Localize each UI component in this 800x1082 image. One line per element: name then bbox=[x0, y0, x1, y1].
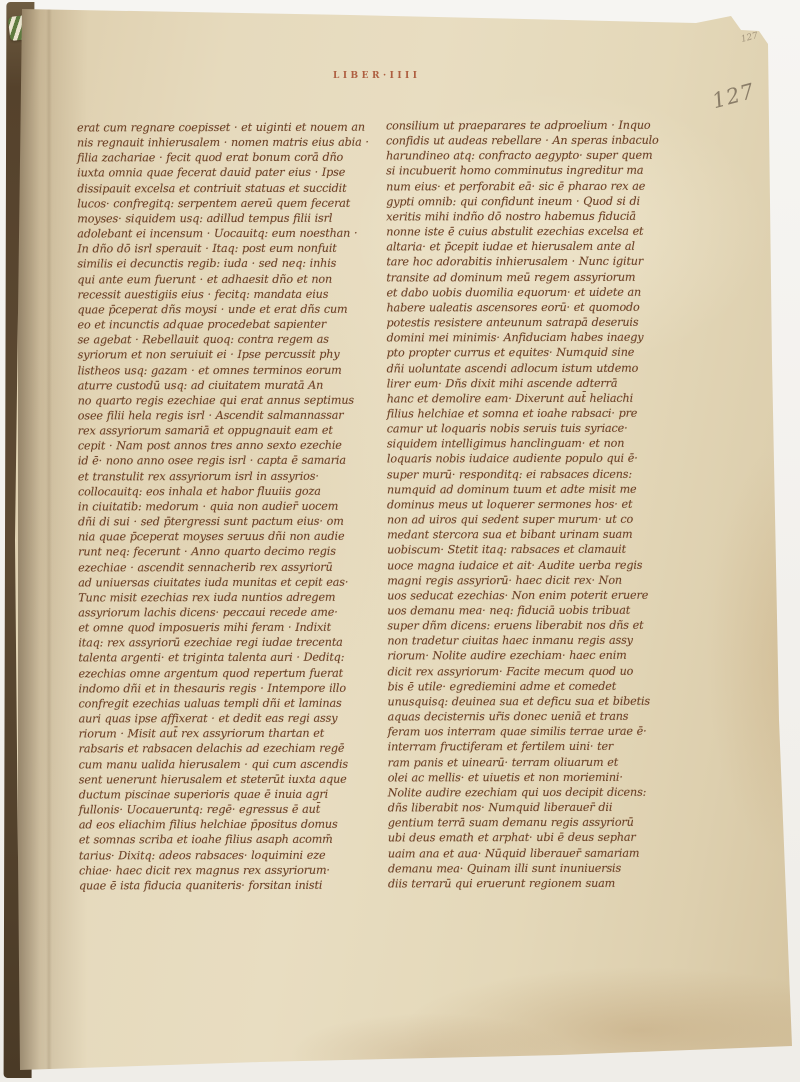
text-line: harundineo atq: confracto aegypto· super… bbox=[386, 148, 690, 164]
text-line: transite ad dominum meū regem assyriorum bbox=[386, 269, 690, 285]
running-title: LIBER·IIII bbox=[333, 71, 420, 81]
text-line: ezechias omne argentum quod repertum fue… bbox=[78, 665, 382, 681]
text-line: tare hoc adorabitis inhierusalem · Nunc … bbox=[386, 254, 690, 270]
text-line: ad uniuersas ciuitates iuda munitas et c… bbox=[78, 574, 382, 590]
text-line: non tradetur ciuitas haec inmanu regis a… bbox=[387, 633, 691, 649]
text-line: Tunc misit ezechias rex iuda nuntios adr… bbox=[78, 589, 382, 605]
text-line: diis terrarū qui eruerunt regionem suam bbox=[388, 875, 692, 891]
text-line: non ad uiros qui sedent super murum· ut … bbox=[387, 512, 691, 528]
text-line: quae p̄ceperat dñs moysi · unde et erat … bbox=[77, 301, 381, 317]
text-line: in ciuitatib: medorum · quia non audier̄… bbox=[78, 499, 382, 515]
text-line: In dño dō isrl sperauit · Itaq: post eum… bbox=[77, 241, 381, 257]
text-line: itaq: rex assyriorū ezechiae regi iudae … bbox=[78, 635, 382, 651]
text-line: erat cum regnare coepisset · et uiginti … bbox=[77, 120, 381, 136]
text-line: filius helchiae et somna et ioahe rabsac… bbox=[387, 406, 691, 422]
text-line: dominus meus ut loquerer sermones hos· e… bbox=[387, 497, 691, 513]
text-line: feram uos interram quae similis terrae u… bbox=[388, 724, 692, 740]
text-line: quae ē ista fiducia quaniteris· forsitan… bbox=[79, 877, 383, 893]
text-line: consilium ut praeparares te adproelium ·… bbox=[386, 118, 690, 134]
text-line: Nolite audire ezechiam qui uos decipit d… bbox=[388, 784, 692, 800]
text-line: id ē· nono anno osee regis isrl · capta … bbox=[78, 453, 382, 469]
text-line: indomo dñi et in thesauris regis · Intem… bbox=[78, 680, 382, 696]
text-line: et omne quod imposueris mihi feram · Ind… bbox=[78, 620, 382, 636]
text-line: ad eos eliachim filius helchiae p̄positu… bbox=[79, 817, 383, 833]
text-line: olei ac mellis· et uiuetis et non moriem… bbox=[388, 769, 692, 785]
text-line: auri quas ipse affixerat · et dedit eas … bbox=[79, 711, 383, 727]
text-line: siquidem intelligimus hanclinguam· et no… bbox=[387, 436, 691, 452]
text-line: confidis ut audeas rebellare · An speras… bbox=[386, 133, 690, 149]
manuscript-page: LIBER·IIII 127 127 8 erat cum regnare co… bbox=[0, 0, 800, 1082]
text-line: demanu mea· Quinam illi sunt inuniuersis bbox=[388, 860, 692, 876]
text-line: ezechiae · ascendit sennacherib rex assy… bbox=[78, 559, 382, 575]
text-line: rex assyriorum samariā et oppugnauit eam… bbox=[78, 423, 382, 439]
text-line: listheos usq: gazam · et omnes terminos … bbox=[78, 362, 382, 378]
text-line: unusquisq: deuinea sua et deficu sua et … bbox=[387, 694, 691, 710]
text-line: ram panis et uinearū· terram oliuarum et bbox=[388, 754, 692, 770]
text-line: cepit · Nam post annos tres anno sexto e… bbox=[78, 438, 382, 454]
text-line: nonne iste ē cuius abstulit ezechias exc… bbox=[386, 224, 690, 240]
text-line: dñs liberabit nos· Numquid liberauer̄ di… bbox=[388, 800, 692, 816]
text-column-right: consilium ut praeparares te adproelium ·… bbox=[386, 118, 692, 892]
text-line: riorum· Nolite audire ezechiam· haec eni… bbox=[387, 648, 691, 664]
text-line: domini mei minimis· Anfiduciam habes ina… bbox=[387, 330, 691, 346]
text-line: cum manu ualida hierusalem · qui cum asc… bbox=[79, 756, 383, 772]
text-line: loquaris nobis iudaice audiente populo q… bbox=[387, 451, 691, 467]
text-line: aquas decisternis ur̄is donec ueniā et t… bbox=[388, 709, 692, 725]
text-line: runt neq: fecerunt · Anno quarto decimo … bbox=[78, 544, 382, 560]
text-column-left: erat cum regnare coepisset · et uiginti … bbox=[77, 120, 383, 894]
text-line: uos seducat ezechias· Non enim poterit e… bbox=[387, 587, 691, 603]
text-line: dissipauit excelsa et contriuit statuas … bbox=[77, 180, 381, 196]
text-line: chiae· haec dicit rex magnus rex assyrio… bbox=[79, 862, 383, 878]
text-line: talenta argenti· et triginta talenta aur… bbox=[78, 650, 382, 666]
text-line: lirer eum· Dñs dixit mihi ascende adterr… bbox=[387, 375, 691, 391]
text-line: lucos· confregitq: serpentem aereū quem … bbox=[77, 195, 381, 211]
text-line: numquid ad dominum tuum et adte misit me bbox=[387, 481, 691, 497]
text-line: recessit auestigiis eius · fecitq: manda… bbox=[77, 286, 381, 302]
text-line: osee filii hela regis isrl · Ascendit sa… bbox=[78, 408, 382, 424]
text-line: ubi deus emath et arphat· ubi ē deus sep… bbox=[388, 830, 692, 846]
text-line: fullonis· Uocaueruntq: regē· egressus ē … bbox=[79, 802, 383, 818]
text-line: riorum · Misit aut̄ rex assyriorum thart… bbox=[79, 726, 383, 742]
text-line: potestis resistere anteunum satrapā dese… bbox=[387, 315, 691, 331]
parchment-crease bbox=[46, 0, 52, 1082]
text-line: pto propter currus et equites· Numquid s… bbox=[387, 345, 691, 361]
text-line: hanc et demolire eam· Dixerunt aut̄ heli… bbox=[387, 390, 691, 406]
text-line: similis ei decunctis regib: iuda · sed n… bbox=[77, 256, 381, 272]
text-line: adolebant ei incensum · Uocauitq: eum no… bbox=[77, 226, 381, 242]
text-line: se agebat · Rebellauit quoq: contra rege… bbox=[78, 332, 382, 348]
text-line: altaria· et p̄cepit iudae et hierusalem … bbox=[386, 239, 690, 255]
text-line: no quarto regis ezechiae qui erat annus … bbox=[78, 392, 382, 408]
text-line: eo et incunctis adquae procedebat sapien… bbox=[78, 317, 382, 333]
text-line: iuxta omnia quae fecerat dauid pater eiu… bbox=[77, 165, 381, 181]
text-line: syriorum et non seruiuit ei · Ipse percu… bbox=[78, 347, 382, 363]
text-line: nis regnauit inhierusalem · nomen matris… bbox=[77, 135, 381, 151]
text-line: camur ut loquaris nobis seruis tuis syri… bbox=[387, 421, 691, 437]
folio-number-faint: 127 bbox=[740, 31, 759, 45]
text-line: tarius· Dixitq: adeos rabsaces· loquimin… bbox=[79, 847, 383, 863]
text-line: dicit rex assyriorum· Facite mecum quod … bbox=[387, 663, 691, 679]
text-line: interram fructiferam et fertilem uini· t… bbox=[388, 739, 692, 755]
text-line: magni regis assyriorū· haec dicit rex· N… bbox=[387, 572, 691, 588]
folio-number: 127 bbox=[710, 79, 758, 113]
text-line: aturre custodū usq: ad ciuitatem muratā … bbox=[78, 377, 382, 393]
text-line: uoce magna iudaice et ait· Audite uerba … bbox=[387, 557, 691, 573]
text-line: xeritis mihi indño dō nostro habemus fid… bbox=[386, 209, 690, 225]
text-line: super dñm dicens: eruens liberabit nos d… bbox=[387, 618, 691, 634]
text-line: super murū· responditq: ei rabsaces dice… bbox=[387, 466, 691, 482]
text-line: nia quae p̄ceperat moyses seruus dñi non… bbox=[78, 529, 382, 545]
text-line: bis ē utile· egrediemini adme et comedet bbox=[387, 678, 691, 694]
text-line: num eius· et perforabit eā· sic ē pharao… bbox=[386, 178, 690, 194]
text-line: uaim ana et aua· Nūquid liberauer̄ samar… bbox=[388, 845, 692, 861]
text-line: uobiscum· Stetit itaq: rabsaces et clama… bbox=[387, 542, 691, 558]
text-line: dñi di sui · sed p̄tergressi sunt pactum… bbox=[78, 514, 382, 530]
text-line: qui ante eum fuerunt · et adhaesit dño e… bbox=[77, 271, 381, 287]
text-line: dñi uoluntate ascendi adlocum istum utde… bbox=[387, 360, 691, 376]
text-line: assyriorum lachis dicens· peccaui recede… bbox=[78, 605, 382, 621]
text-line: si incubuerit homo comminutus ingreditur… bbox=[386, 163, 690, 179]
text-line: moyses· siquidem usq: adillud tempus fil… bbox=[77, 211, 381, 227]
text-line: gypti omnib: qui confidunt ineum · Quod … bbox=[386, 193, 690, 209]
text-line: rabsaris et rabsacen delachis ad ezechia… bbox=[79, 741, 383, 757]
text-line: uos demanu mea· neq: fiduciā uobis tribu… bbox=[387, 603, 691, 619]
text-line: filia zachariae · fecit quod erat bonum … bbox=[77, 150, 381, 166]
text-line: sent uenerunt hierusalem et steterūt iux… bbox=[79, 771, 383, 787]
text-line: confregit ezechias ualuas templi dñi et … bbox=[78, 696, 382, 712]
text-line: medant stercora sua et bibant urinam sua… bbox=[387, 527, 691, 543]
text-line: gentium terrā suam demanu regis assyrior… bbox=[388, 815, 692, 831]
text-line: ductum piscinae superioris quae ē inuia … bbox=[79, 786, 383, 802]
text-line: habere ualeatis ascensores eorū· et quom… bbox=[386, 299, 690, 315]
text-line: et transtulit rex assyriorum isrl in ass… bbox=[78, 468, 382, 484]
text-line: et dabo uobis duomilia equorum· et uidet… bbox=[386, 284, 690, 300]
text-line: et somnas scriba et ioahe filius asaph a… bbox=[79, 832, 383, 848]
text-line: collocauitq: eos inhala et habor fluuiis… bbox=[78, 483, 382, 499]
